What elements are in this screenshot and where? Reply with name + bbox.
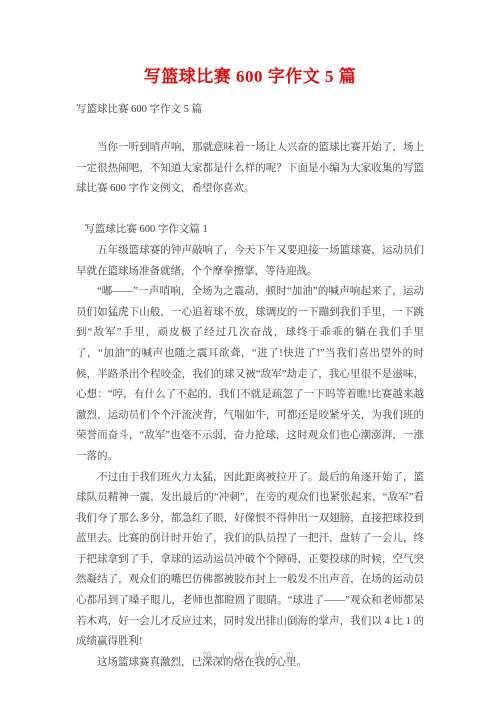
page-number-indicator: 第 1 页 共 5 页 bbox=[0, 648, 500, 663]
document-page: 写篮球比赛 600 字作文 5 篇 写篮球比赛 600 字作文 5 篇 当你一听… bbox=[0, 0, 500, 707]
section-heading: 写篮球比赛 600 字作文篇 1 bbox=[76, 220, 424, 241]
document-body: 写篮球比赛 600 字作文 5 篇 当你一听到哨声响，那就意味着一场让人兴奋的篮… bbox=[0, 102, 500, 673]
document-subtitle: 写篮球比赛 600 字作文 5 篇 bbox=[76, 102, 424, 118]
essay-paragraph: 不过由于我们班火力太猛，因此距离被拉开了。最后的角逐开始了，篮球队员精神一震，发… bbox=[76, 468, 424, 653]
essay-paragraph: “嘟——”一声哨响，全场为之震动，顿时“加油”的喊声响起来了，运动员们如猛虎下山… bbox=[76, 282, 424, 467]
intro-paragraph: 当你一听到哨声响，那就意味着一场让人兴奋的篮球比赛开始了，场上一定很热闹吧，不知… bbox=[76, 138, 424, 200]
essay-paragraph: 五年级篮球赛的钟声敲响了，今天下午又要迎接一场篮球赛，运动员们早就在篮球场准备就… bbox=[76, 241, 424, 282]
document-title: 写篮球比赛 600 字作文 5 篇 bbox=[0, 0, 500, 88]
